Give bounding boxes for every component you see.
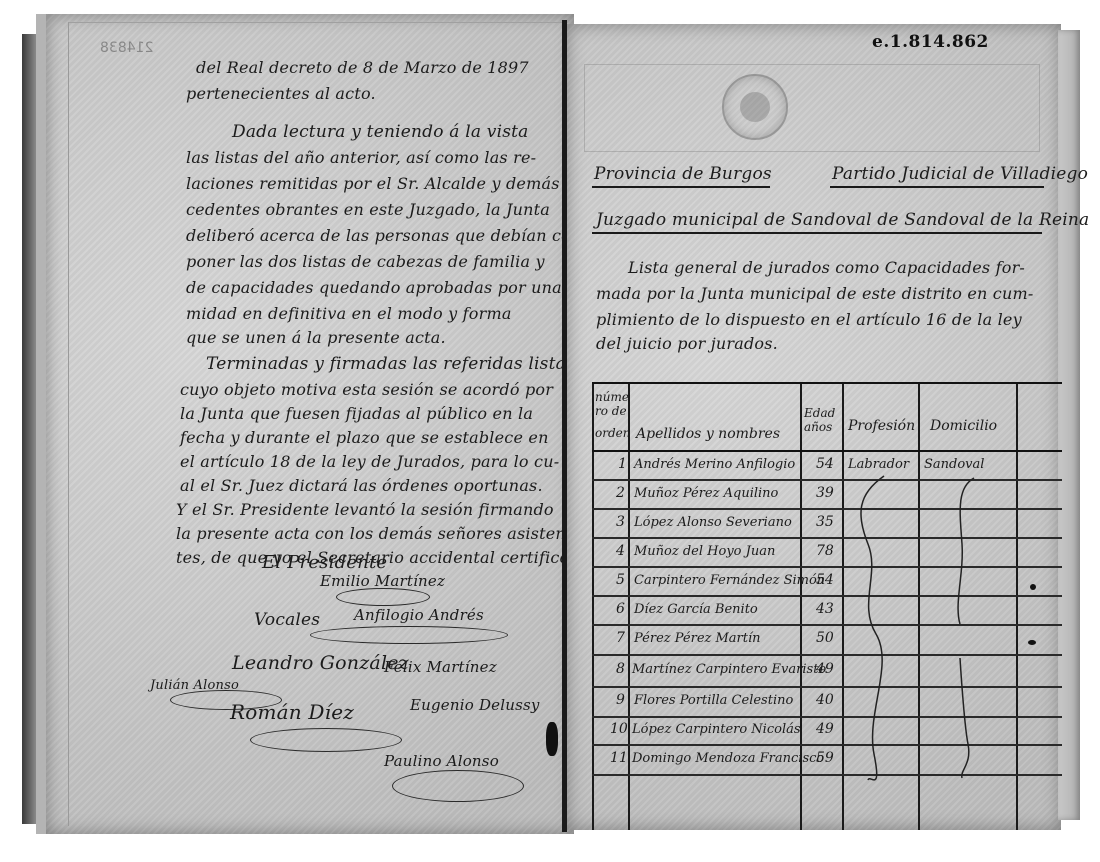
text-line: laciones remitidas por el Sr. Alcalde y …: [186, 174, 607, 193]
row-number: 10: [610, 721, 628, 737]
judicial-district-heading: Partido Judicial de Villadiego: [832, 164, 1088, 184]
row-age: 59: [816, 750, 834, 766]
ditto-mark-domicile: [946, 474, 986, 784]
header-age-line: años: [804, 420, 835, 434]
text-line: Y el Sr. Presidente levantó la sesión fi…: [176, 500, 554, 519]
row-rule: [592, 508, 1062, 510]
district-underline: [830, 186, 1044, 188]
serial-stamp: e.1.814.862: [872, 32, 989, 52]
row-number: 7: [616, 630, 625, 646]
header-name: Apellidos y nombres: [636, 426, 780, 442]
jurors-table: núme ro de orden Apellidos y nombres Eda…: [592, 382, 1016, 830]
row-rule: [592, 537, 1062, 539]
row-rule: [592, 686, 1062, 688]
row-age: 40: [816, 692, 834, 708]
province-underline: [592, 186, 770, 188]
header-order-line: orden: [595, 426, 630, 440]
president-label: El Presidente: [262, 552, 387, 573]
text-line: el artículo 18 de la ley de Jurados, par…: [180, 452, 559, 471]
row-age: 35: [816, 514, 834, 530]
intro-line: Lista general de jurados como Capacidade…: [628, 258, 1025, 277]
row-name: Carpintero Fernández Simón: [634, 573, 825, 588]
row-number: 6: [616, 601, 625, 617]
row-profession: Labrador: [848, 457, 909, 472]
text-line: pertenecientes al acto.: [186, 84, 376, 103]
text-line: las listas del año anterior, así como la…: [186, 148, 536, 167]
row-number: 4: [616, 543, 625, 559]
row-name: Flores Portilla Celestino: [634, 693, 793, 708]
text-line: Dada lectura y teniendo á la vista: [232, 122, 529, 142]
vocal-signature: Román Díez: [230, 700, 354, 724]
header-order: núme ro de orden: [595, 390, 630, 440]
row-number: 1: [618, 456, 627, 472]
province-heading: Provincia de Burgos: [594, 164, 772, 184]
header-order-line: ro de: [595, 404, 630, 418]
embossed-seal: [722, 74, 788, 140]
row-name: Andrés Merino Anfilogio: [634, 457, 795, 472]
scanned-ledger: 214838 del Real decreto de 8 de Marzo de…: [0, 0, 1100, 862]
text-line: cedentes obrantes en este Juzgado, la Ju…: [186, 200, 550, 219]
row-rule: [592, 382, 1062, 384]
row-rule: [592, 479, 1062, 481]
header-age-line: Edad: [804, 406, 835, 420]
row-name: Muñoz del Hoyo Juan: [634, 544, 775, 559]
row-number: 11: [610, 750, 628, 766]
vocales-label: Vocales: [254, 610, 320, 630]
ink-blot: [546, 722, 558, 756]
page-edge: [1058, 30, 1080, 820]
row-age: 78: [816, 543, 834, 559]
text-line: cuyo objeto motiva esta sesión se acordó…: [180, 380, 553, 399]
intro-line: plimiento de lo dispuesto en el artículo…: [596, 310, 1022, 329]
row-name: Domingo Mendoza Francisco: [632, 751, 824, 766]
text-line: la Junta que fuesen fijadas al público e…: [180, 404, 533, 423]
mirrored-stamp-bleedthrough: 214838: [100, 40, 153, 56]
signature-flourish: [310, 626, 508, 644]
row-rule: [592, 744, 1062, 746]
text-line: al el Sr. Juez dictará las órdenes oport…: [180, 476, 543, 495]
row-number: 2: [616, 485, 625, 501]
text-line: Terminadas y firmadas las referidas list…: [206, 354, 575, 374]
row-age: 54: [816, 456, 834, 472]
court-underline: [592, 232, 1042, 234]
row-domicile: Sandoval: [924, 457, 984, 472]
header-domicile: Domicilio: [930, 418, 997, 434]
row-name: Díez García Benito: [634, 602, 758, 617]
court-heading: Juzgado municipal de Sandoval de Sandova…: [596, 210, 1089, 230]
signature-flourish: [250, 728, 402, 752]
row-name: Pérez Pérez Martín: [634, 631, 761, 646]
row-age: 49: [816, 661, 834, 677]
row-number: 3: [616, 514, 625, 530]
row-age: 39: [816, 485, 834, 501]
row-name: López Carpintero Nicolás: [632, 722, 801, 737]
text-line: fecha y durante el plazo que se establec…: [180, 428, 549, 447]
text-line: midad en definitiva en el modo y forma: [186, 304, 512, 323]
text-line: del Real decreto de 8 de Marzo de 1897: [196, 58, 529, 77]
ink-speck: [1030, 584, 1036, 590]
text-line: poner las dos listas de cabezas de famil…: [186, 252, 545, 271]
secretary-signature: Paulino Alonso: [384, 752, 499, 770]
row-age: 50: [816, 630, 834, 646]
vocal-signature: Leandro González: [232, 652, 409, 674]
row-rule: [592, 566, 1062, 568]
row-age: 43: [816, 601, 834, 617]
row-name: López Alonso Severiano: [634, 515, 792, 530]
row-rule: [592, 716, 1062, 718]
vocal-signature: Félix Martínez: [384, 658, 497, 676]
row-rule: [592, 654, 1062, 656]
text-line: deliberó acerca de las personas que debí…: [186, 226, 592, 245]
ditto-mark-profession: [854, 474, 894, 784]
intro-line: mada por la Junta municipal de este dist…: [596, 284, 1033, 303]
row-number: 5: [616, 572, 625, 588]
header-profession: Profesión: [848, 418, 915, 434]
row-name: Martínez Carpintero Evaristo: [632, 662, 826, 677]
row-number: 9: [616, 692, 625, 708]
intro-line: del juicio por jurados.: [596, 334, 778, 353]
row-rule: [592, 774, 1062, 776]
vocal-signature: Eugenio Delussy: [410, 696, 540, 714]
signature-flourish: [336, 588, 430, 606]
text-line: de capacidades quedando aprobadas por un…: [186, 278, 583, 297]
row-age: 54: [816, 572, 834, 588]
ink-speck: [1028, 640, 1036, 645]
header-order-line: núme: [595, 390, 630, 404]
text-line: la presente acta con los demás señores a…: [176, 524, 572, 543]
row-rule: [592, 624, 1062, 626]
header-age: Edad años: [804, 406, 835, 434]
row-name: Muñoz Pérez Aquilino: [634, 486, 778, 501]
row-rule: [592, 450, 1062, 452]
book-spine: [22, 34, 36, 824]
text-line: que se unen á la presente acta.: [186, 328, 446, 347]
row-number: 8: [616, 661, 625, 677]
row-age: 49: [816, 721, 834, 737]
row-rule: [592, 595, 1062, 597]
vocal-signature: Anfilogio Andrés: [354, 606, 484, 624]
signature-flourish: [392, 770, 524, 802]
faint-printed-frame: [584, 64, 1040, 152]
